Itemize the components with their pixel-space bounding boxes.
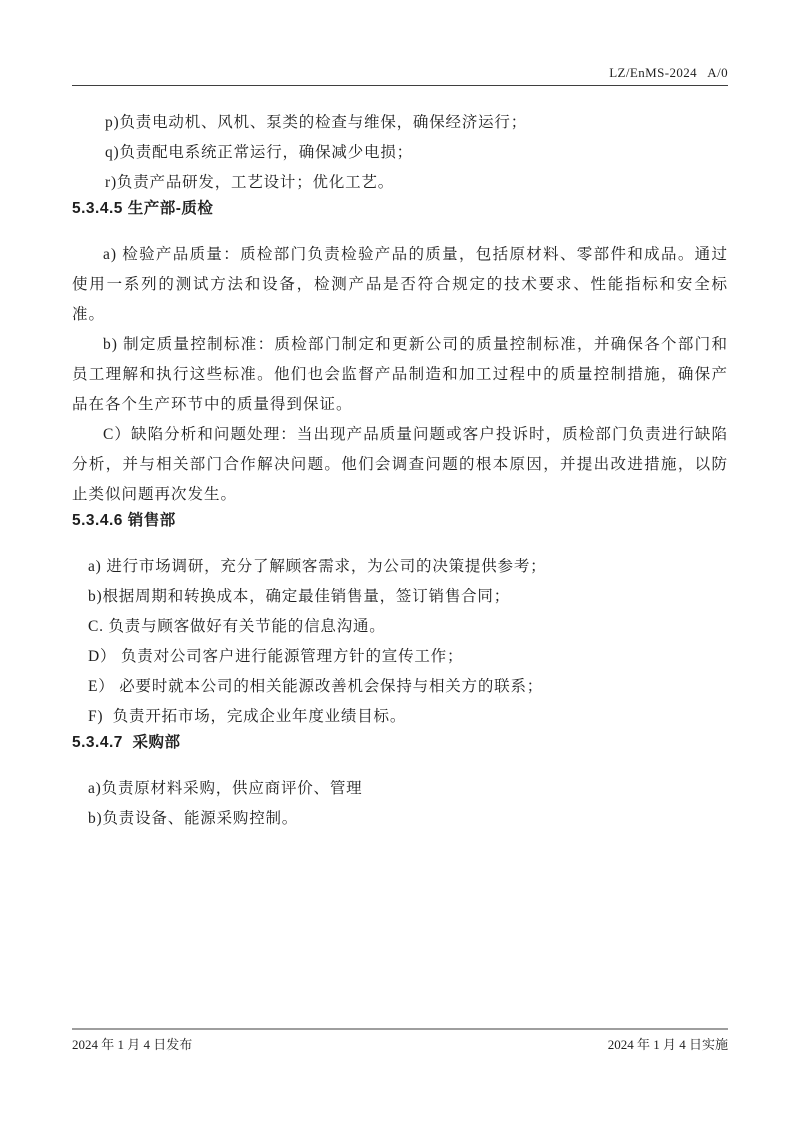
- release-date: 2024 年 1 月 4 日发布: [72, 1034, 192, 1053]
- list-item: b)负责设备、能源采购控制。: [72, 804, 728, 834]
- doc-body: p)负责电动机、风机、泵类的检查与维保，确保经济运行；q)负责配电系统正常运行，…: [72, 108, 728, 834]
- page-header: LZ/EnMS-2024 A/0: [72, 0, 728, 86]
- paragraph: a) 检验产品质量：质检部门负责检验产品的质量，包括原材料、零部件和成品。通过使…: [72, 240, 728, 330]
- list-item: F) 负责开拓市场，完成企业年度业绩目标。: [72, 702, 728, 732]
- list-item: a) 进行市场调研，充分了解顾客需求，为公司的决策提供参考；: [72, 552, 728, 582]
- list-item: E） 必要时就本公司的相关能源改善机会保持与相关方的联系；: [72, 672, 728, 702]
- list-item: b)根据周期和转换成本，确定最佳销售量，签订销售合同；: [72, 582, 728, 612]
- section-heading: 5.3.4.6 销售部: [72, 510, 728, 532]
- implement-date: 2024 年 1 月 4 日实施: [608, 1034, 728, 1053]
- section-heading: 5.3.4.7 采购部: [72, 732, 728, 754]
- section-heading: 5.3.4.5 生产部-质检: [72, 198, 728, 220]
- page-footer: 2024 年 1 月 4 日发布 2024 年 1 月 4 日实施: [72, 1028, 728, 1053]
- paragraph: b) 制定质量控制标准：质检部门制定和更新公司的质量控制标准，并确保各个部门和员…: [72, 330, 728, 420]
- list-item: C. 负责与顾客做好有关节能的信息沟通。: [72, 612, 728, 642]
- list-item: r)负责产品研发，工艺设计；优化工艺。: [72, 168, 728, 198]
- paragraph: C）缺陷分析和问题处理：当出现产品质量问题或客户投诉时，质检部门负责进行缺陷分析…: [72, 420, 728, 510]
- list-item: q)负责配电系统正常运行，确保减少电损；: [72, 138, 728, 168]
- list-item: D） 负责对公司客户进行能源管理方针的宣传工作；: [72, 642, 728, 672]
- list-item: a)负责原材料采购，供应商评价、管理: [72, 774, 728, 804]
- list-item: p)负责电动机、风机、泵类的检查与维保，确保经济运行；: [72, 108, 728, 138]
- document-page: LZ/EnMS-2024 A/0 p)负责电动机、风机、泵类的检查与维保，确保经…: [0, 0, 800, 1130]
- doc-code: LZ/EnMS-2024 A/0: [609, 65, 728, 80]
